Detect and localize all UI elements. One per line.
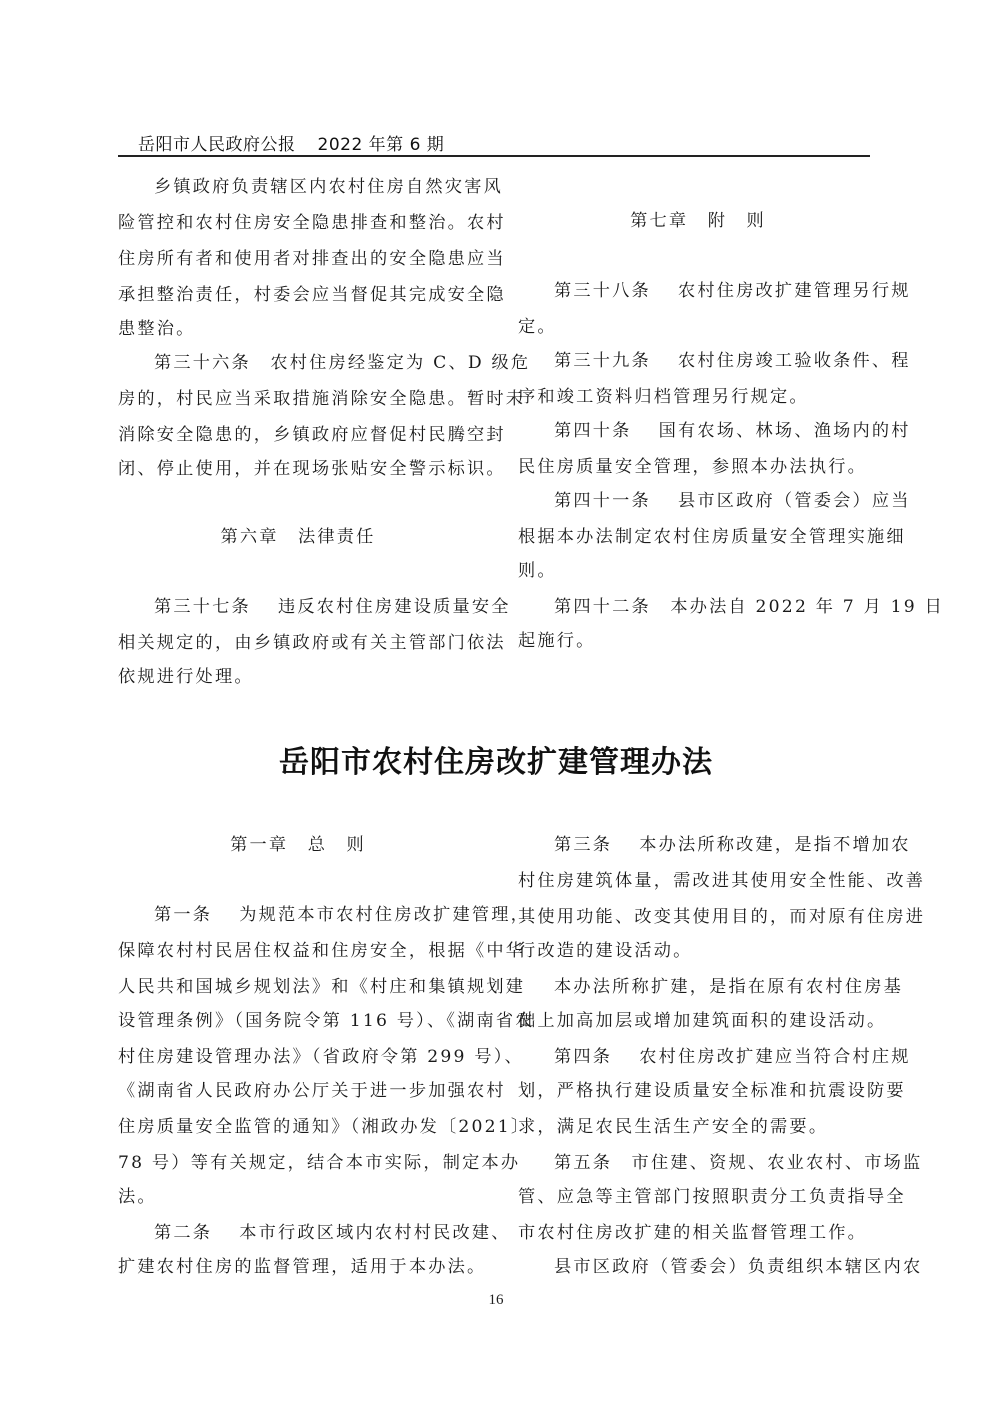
article-3: 第三条 本办法所称改建，是指不增加农 bbox=[518, 835, 914, 855]
text-line: 础上加高加层或增加建筑面积的建设活动。 bbox=[518, 1011, 878, 1031]
text-line: 人民共和国城乡规划法》和《村庄和集镇规划建 bbox=[118, 977, 478, 997]
text-line: 住房质量安全监管的通知》（湘政办发〔2021〕 bbox=[118, 1117, 478, 1137]
text-line: 78 号）等有关规定，结合本市实际，制定本办 bbox=[118, 1153, 478, 1173]
article-37: 第三十七条 违反农村住房建设质量安全 bbox=[118, 597, 514, 617]
text-line: 房的，村民应当采取措施消除安全隐患。暂时未 bbox=[118, 389, 478, 409]
article-2: 第二条 本市行政区域内农村村民改建、 bbox=[118, 1223, 514, 1243]
document-title: 岳阳市农村住房改扩建管理办法 bbox=[0, 737, 992, 781]
chapter-heading: 第一章 总 则 bbox=[118, 835, 478, 855]
text-line: 村住房建设管理办法》（省政府令第 299 号）、 bbox=[118, 1047, 478, 1067]
text-line: 保障农村村民居住权益和住房安全，根据《中华 bbox=[118, 941, 478, 961]
chapter-heading: 第七章 附 则 bbox=[518, 211, 878, 231]
issue-number: 2022 年第 6 期 bbox=[318, 135, 445, 155]
article-36: 第三十六条 农村住房经鉴定为 C、D 级危 bbox=[118, 353, 514, 373]
text-line: 管、应急等主管部门按照职责分工负责指导全 bbox=[518, 1187, 878, 1207]
text-line: 乡镇政府负责辖区内农村住房自然灾害风 bbox=[118, 177, 514, 197]
text-line: 相关规定的，由乡镇政府或有关主管部门依法 bbox=[118, 633, 478, 653]
text-line: 定。 bbox=[518, 317, 878, 337]
text-line: 闭、停止使用，并在现场张贴安全警示标识。 bbox=[118, 459, 478, 479]
text-line: 则。 bbox=[518, 561, 878, 581]
text-line: 市农村住房改扩建的相关监督管理工作。 bbox=[518, 1223, 878, 1243]
text-line: 法。 bbox=[118, 1187, 478, 1207]
chapter-heading: 第六章 法律责任 bbox=[118, 527, 478, 547]
text-line: 求，满足农民生活生产安全的需要。 bbox=[518, 1117, 878, 1137]
text-line: 设管理条例》（国务院令第 116 号）、《湖南省农 bbox=[118, 1011, 478, 1031]
article-1: 第一条 为规范本市农村住房改扩建管理， bbox=[118, 905, 514, 925]
text-line: 村住房建筑体量，需改进其使用安全性能、改善 bbox=[518, 871, 878, 891]
text-line: 县市区政府（管委会）负责组织本辖区内农 bbox=[518, 1257, 914, 1277]
text-line: 序和竣工资料归档管理另行规定。 bbox=[518, 387, 878, 407]
text-line: 其使用功能、改变其使用目的，而对原有住房进 bbox=[518, 907, 878, 927]
text-line: 扩建农村住房的监督管理，适用于本办法。 bbox=[118, 1257, 478, 1277]
text-line: 患整治。 bbox=[118, 319, 478, 339]
page-number: 16 bbox=[0, 1292, 992, 1309]
publication-name: 岳阳市人民政府公报 bbox=[138, 135, 296, 155]
article-4: 第四条 农村住房改扩建应当符合村庄规 bbox=[518, 1047, 914, 1067]
article-42: 第四十二条 本办法自 2022 年 7 月 19 日 bbox=[518, 597, 914, 617]
text-line: 本办法所称扩建，是指在原有农村住房基 bbox=[518, 977, 914, 997]
text-line: 《湖南省人民政府办公厅关于进一步加强农村 bbox=[118, 1081, 478, 1101]
article-41: 第四十一条 县市区政府（管委会）应当 bbox=[518, 491, 914, 511]
text-line: 根据本办法制定农村住房质量安全管理实施细 bbox=[518, 527, 878, 547]
text-line: 住房所有者和使用者对排查出的安全隐患应当 bbox=[118, 249, 478, 269]
text-line: 消除安全隐患的，乡镇政府应督促村民腾空封 bbox=[118, 425, 478, 445]
text-line: 依规进行处理。 bbox=[118, 667, 478, 687]
article-38: 第三十八条 农村住房改扩建管理另行规 bbox=[518, 281, 914, 301]
article-39: 第三十九条 农村住房竣工验收条件、程 bbox=[518, 351, 914, 371]
running-header: 岳阳市人民政府公报2022 年第 6 期 bbox=[138, 130, 444, 155]
article-40: 第四十条 国有农场、林场、渔场内的村 bbox=[518, 421, 914, 441]
article-5: 第五条 市住建、资规、农业农村、市场监 bbox=[518, 1153, 914, 1173]
text-line: 民住房质量安全管理，参照本办法执行。 bbox=[518, 457, 878, 477]
text-line: 起施行。 bbox=[518, 631, 878, 651]
text-line: 划，严格执行建设质量安全标准和抗震设防要 bbox=[518, 1081, 878, 1101]
text-line: 行改造的建设活动。 bbox=[518, 941, 878, 961]
text-line: 险管控和农村住房安全隐患排查和整治。农村 bbox=[118, 213, 478, 233]
header-rule bbox=[118, 155, 870, 157]
text-line: 承担整治责任，村委会应当督促其完成安全隐 bbox=[118, 285, 478, 305]
